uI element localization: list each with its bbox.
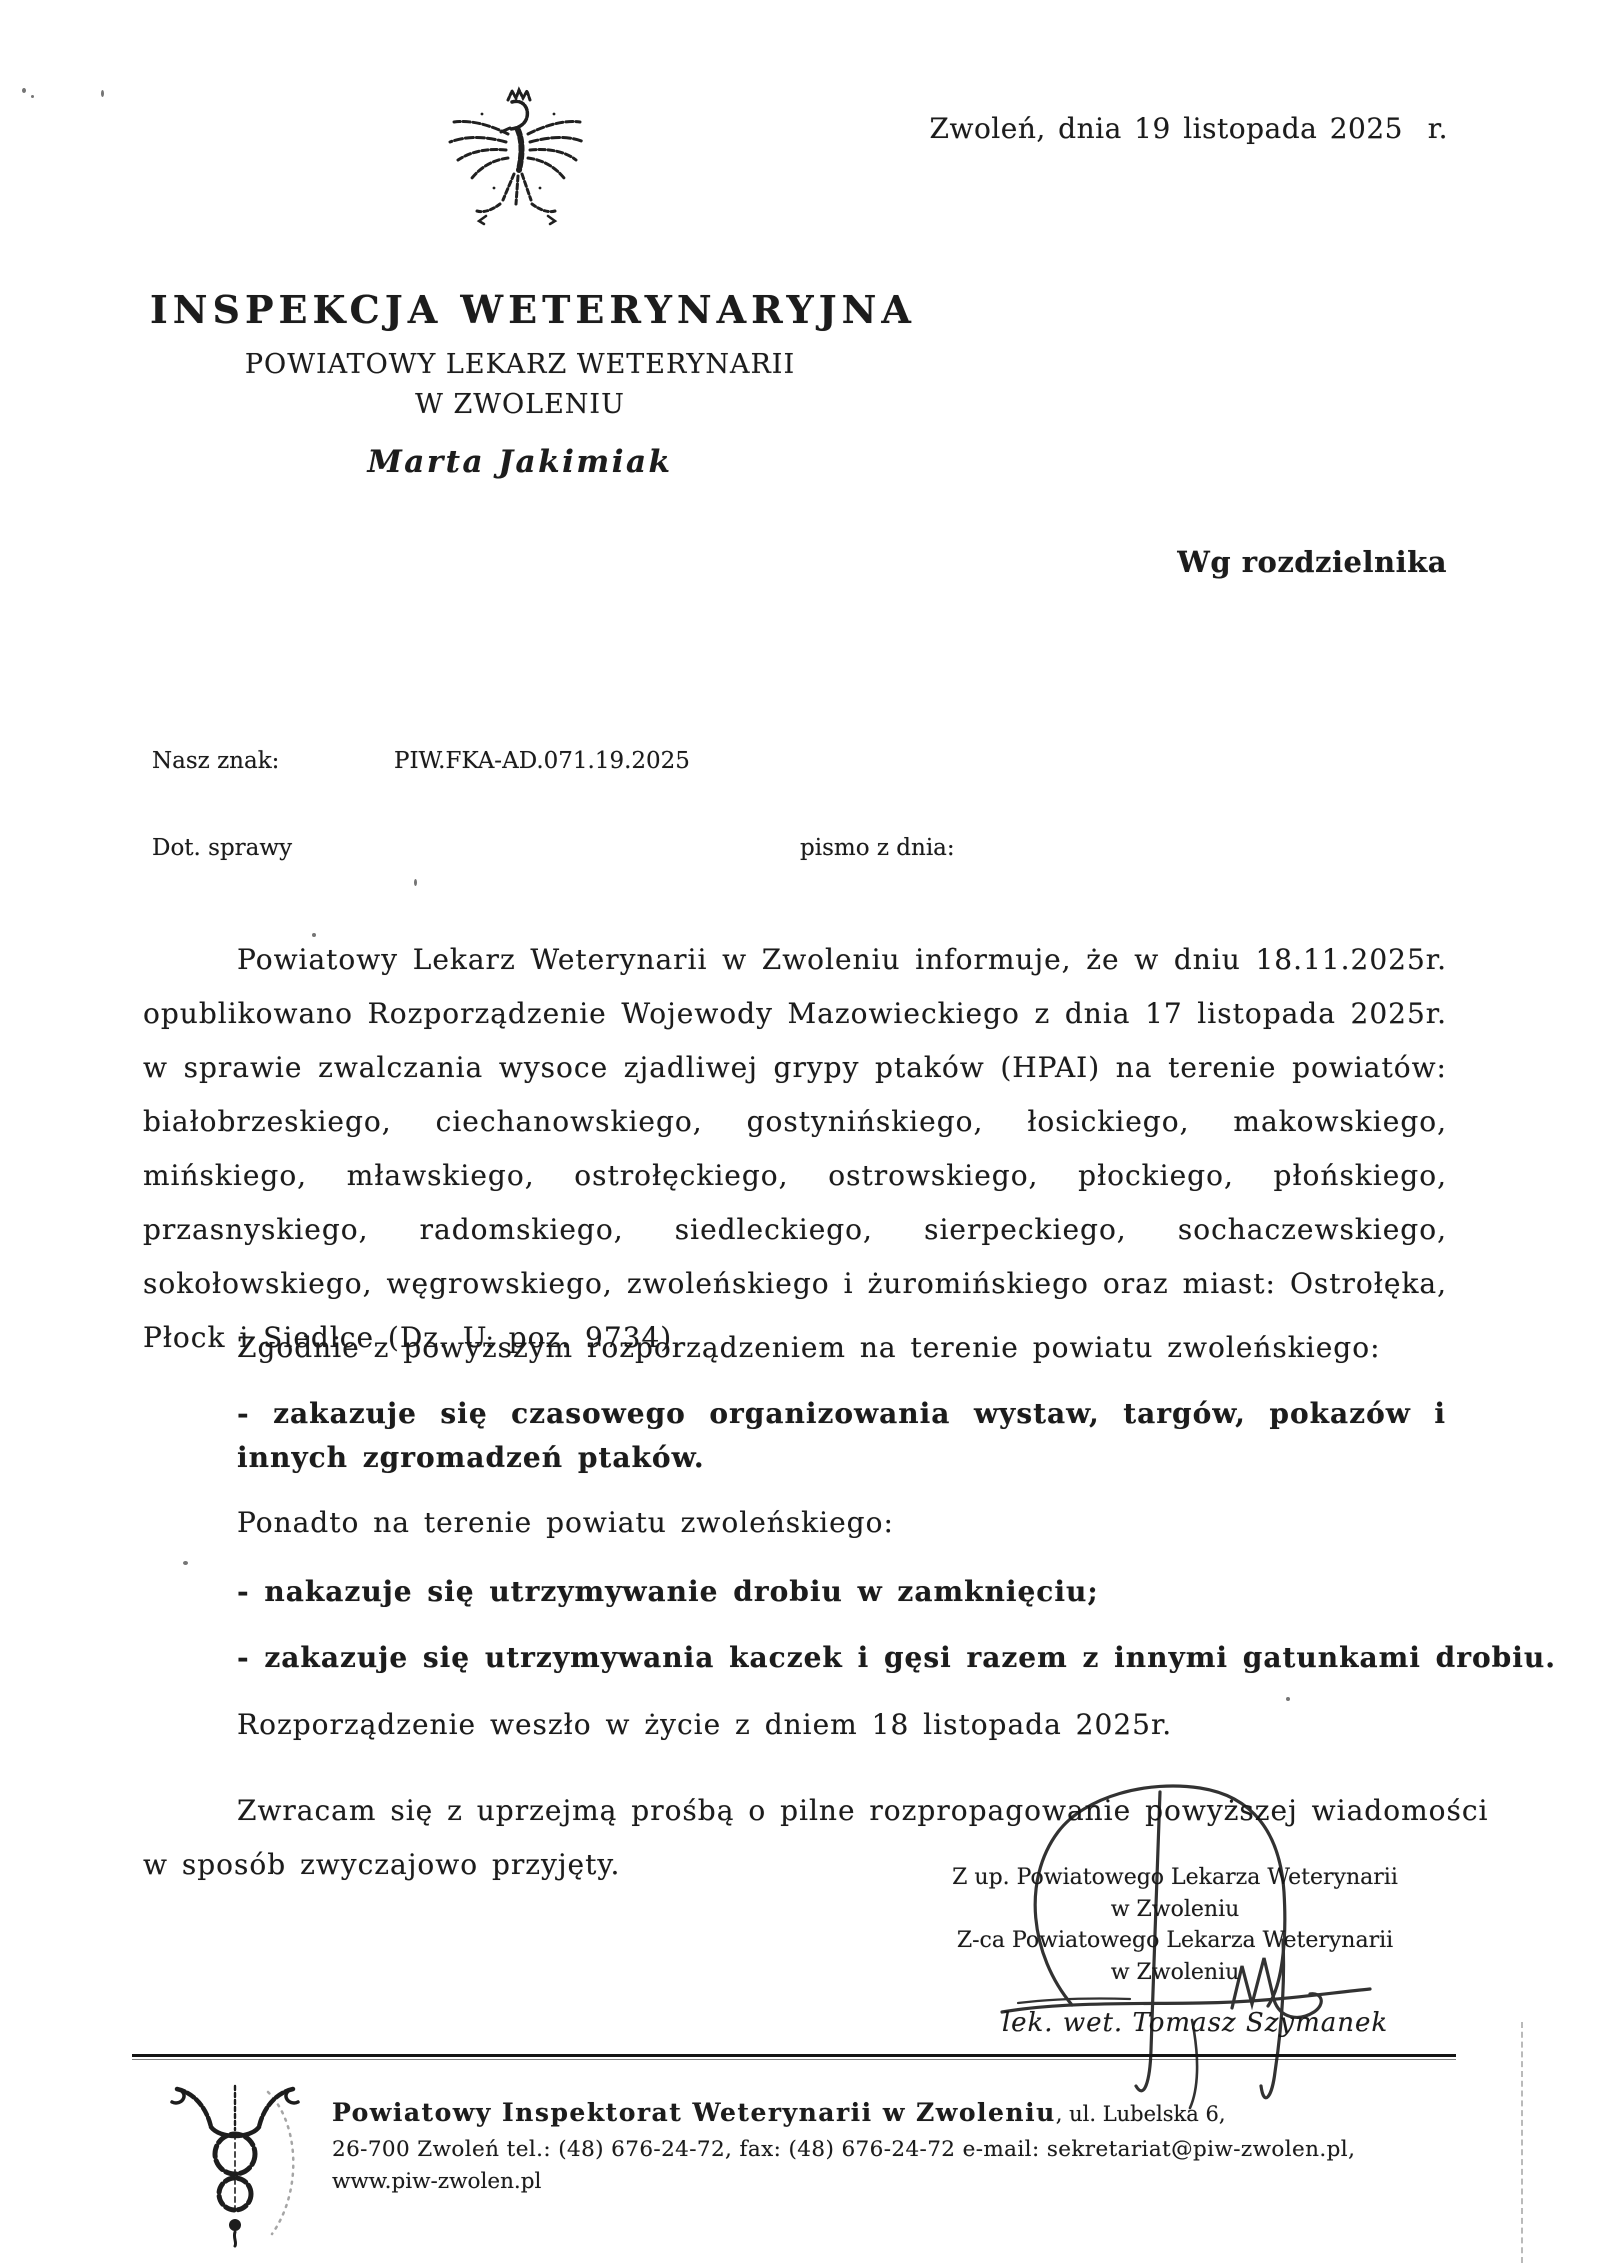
polish-eagle-coat-of-arms-icon [430, 84, 602, 256]
footer-office-name: Powiatowy Inspektorat Weterynarii w Zwol… [332, 2098, 1056, 2127]
body-order-confinement: - nakazuje się utrzymywanie drobiu w zam… [237, 1565, 1099, 1619]
scan-artifact [31, 95, 34, 98]
scan-artifact [101, 90, 104, 97]
footer-contact-line: 26-700 Zwoleń tel.: (48) 676-24-72, fax:… [332, 2137, 1482, 2162]
footer-office-address: , ul. Lubelska 6, [1056, 2102, 1226, 2126]
body-prohibition-ducks-geese: - zakazuje się utrzymywania kaczek i gęs… [237, 1631, 1446, 1685]
signature-auth-line3: Z-ca Powiatowego Lekarza Weterynarii [940, 1925, 1410, 1957]
org-subtitle-line1: POWIATOWY LEKARZ WETERYNARII [150, 349, 890, 380]
body-paragraph-main: Powiatowy Lekarz Weterynarii w Zwoleniu … [143, 933, 1447, 1365]
body-closing-line2: w sposób zwyczajowo przyjęty. [143, 1838, 620, 1892]
scan-edge-artifact [1521, 2022, 1523, 2263]
our-ref-value: PIW.FKA-AD.071.19.2025 [394, 748, 690, 774]
footer-website: www.piw-zwolen.pl [332, 2169, 1482, 2194]
body-prohibition-gatherings: - zakazuje się czasowego organizowania w… [237, 1392, 1446, 1480]
signature-auth-line1: Z up. Powiatowego Lekarza Weterynarii [940, 1862, 1410, 1894]
org-title: INSPEKCJA WETERYNARYJNA [150, 287, 916, 332]
case-label: Dot. sprawy [152, 835, 292, 861]
body-effective-note: Rozporządzenie weszło w życie z dniem 18… [237, 1698, 1172, 1752]
date-line: Zwoleń, dnia 19 listopada 2025 r. [930, 112, 1448, 145]
signer-name: lek. wet. Tomasz Szymanek [960, 2008, 1430, 2038]
scan-artifact [1286, 1697, 1290, 1701]
officer-name: Marta Jakimiak [150, 444, 890, 480]
signature-authority-block: Z up. Powiatowego Lekarza Weterynarii w … [940, 1862, 1410, 1988]
letter-date-label: pismo z dnia: [800, 835, 955, 861]
scan-artifact [183, 1561, 188, 1565]
footer-divider [132, 2054, 1456, 2057]
scan-artifact [22, 88, 26, 93]
veterinary-staff-snake-logo-icon [150, 2082, 320, 2260]
footer-divider-shadow [132, 2059, 1456, 2060]
body-closing-line1: Zwracam się z uprzejmą prośbą o pilne ro… [143, 1784, 1447, 1838]
signature-auth-line2: w Zwoleniu [940, 1894, 1410, 1926]
footer-contact-block: Powiatowy Inspektorat Weterynarii w Zwol… [332, 2098, 1482, 2194]
org-subtitle-line2: W ZWOLENIU [150, 389, 890, 420]
body-paragraph-intro: Zgodnie z powyższym rozporządzeniem na t… [237, 1321, 1381, 1375]
distribution-note: Wg rozdzielnika [1177, 545, 1447, 579]
letter-page: Zwoleń, dnia 19 listopada 2025 r. [0, 0, 1600, 2263]
org-header-block: POWIATOWY LEKARZ WETERYNARII W ZWOLENIU … [150, 349, 890, 480]
body-paragraph-ponadto: Ponadto na terenie powiatu zwoleńskiego: [237, 1496, 894, 1550]
footer-line1: Powiatowy Inspektorat Weterynarii w Zwol… [332, 2098, 1482, 2127]
our-ref-label: Nasz znak: [152, 748, 279, 774]
scan-artifact [414, 879, 417, 886]
signature-auth-line4: w Zwoleniu [940, 1957, 1410, 1989]
